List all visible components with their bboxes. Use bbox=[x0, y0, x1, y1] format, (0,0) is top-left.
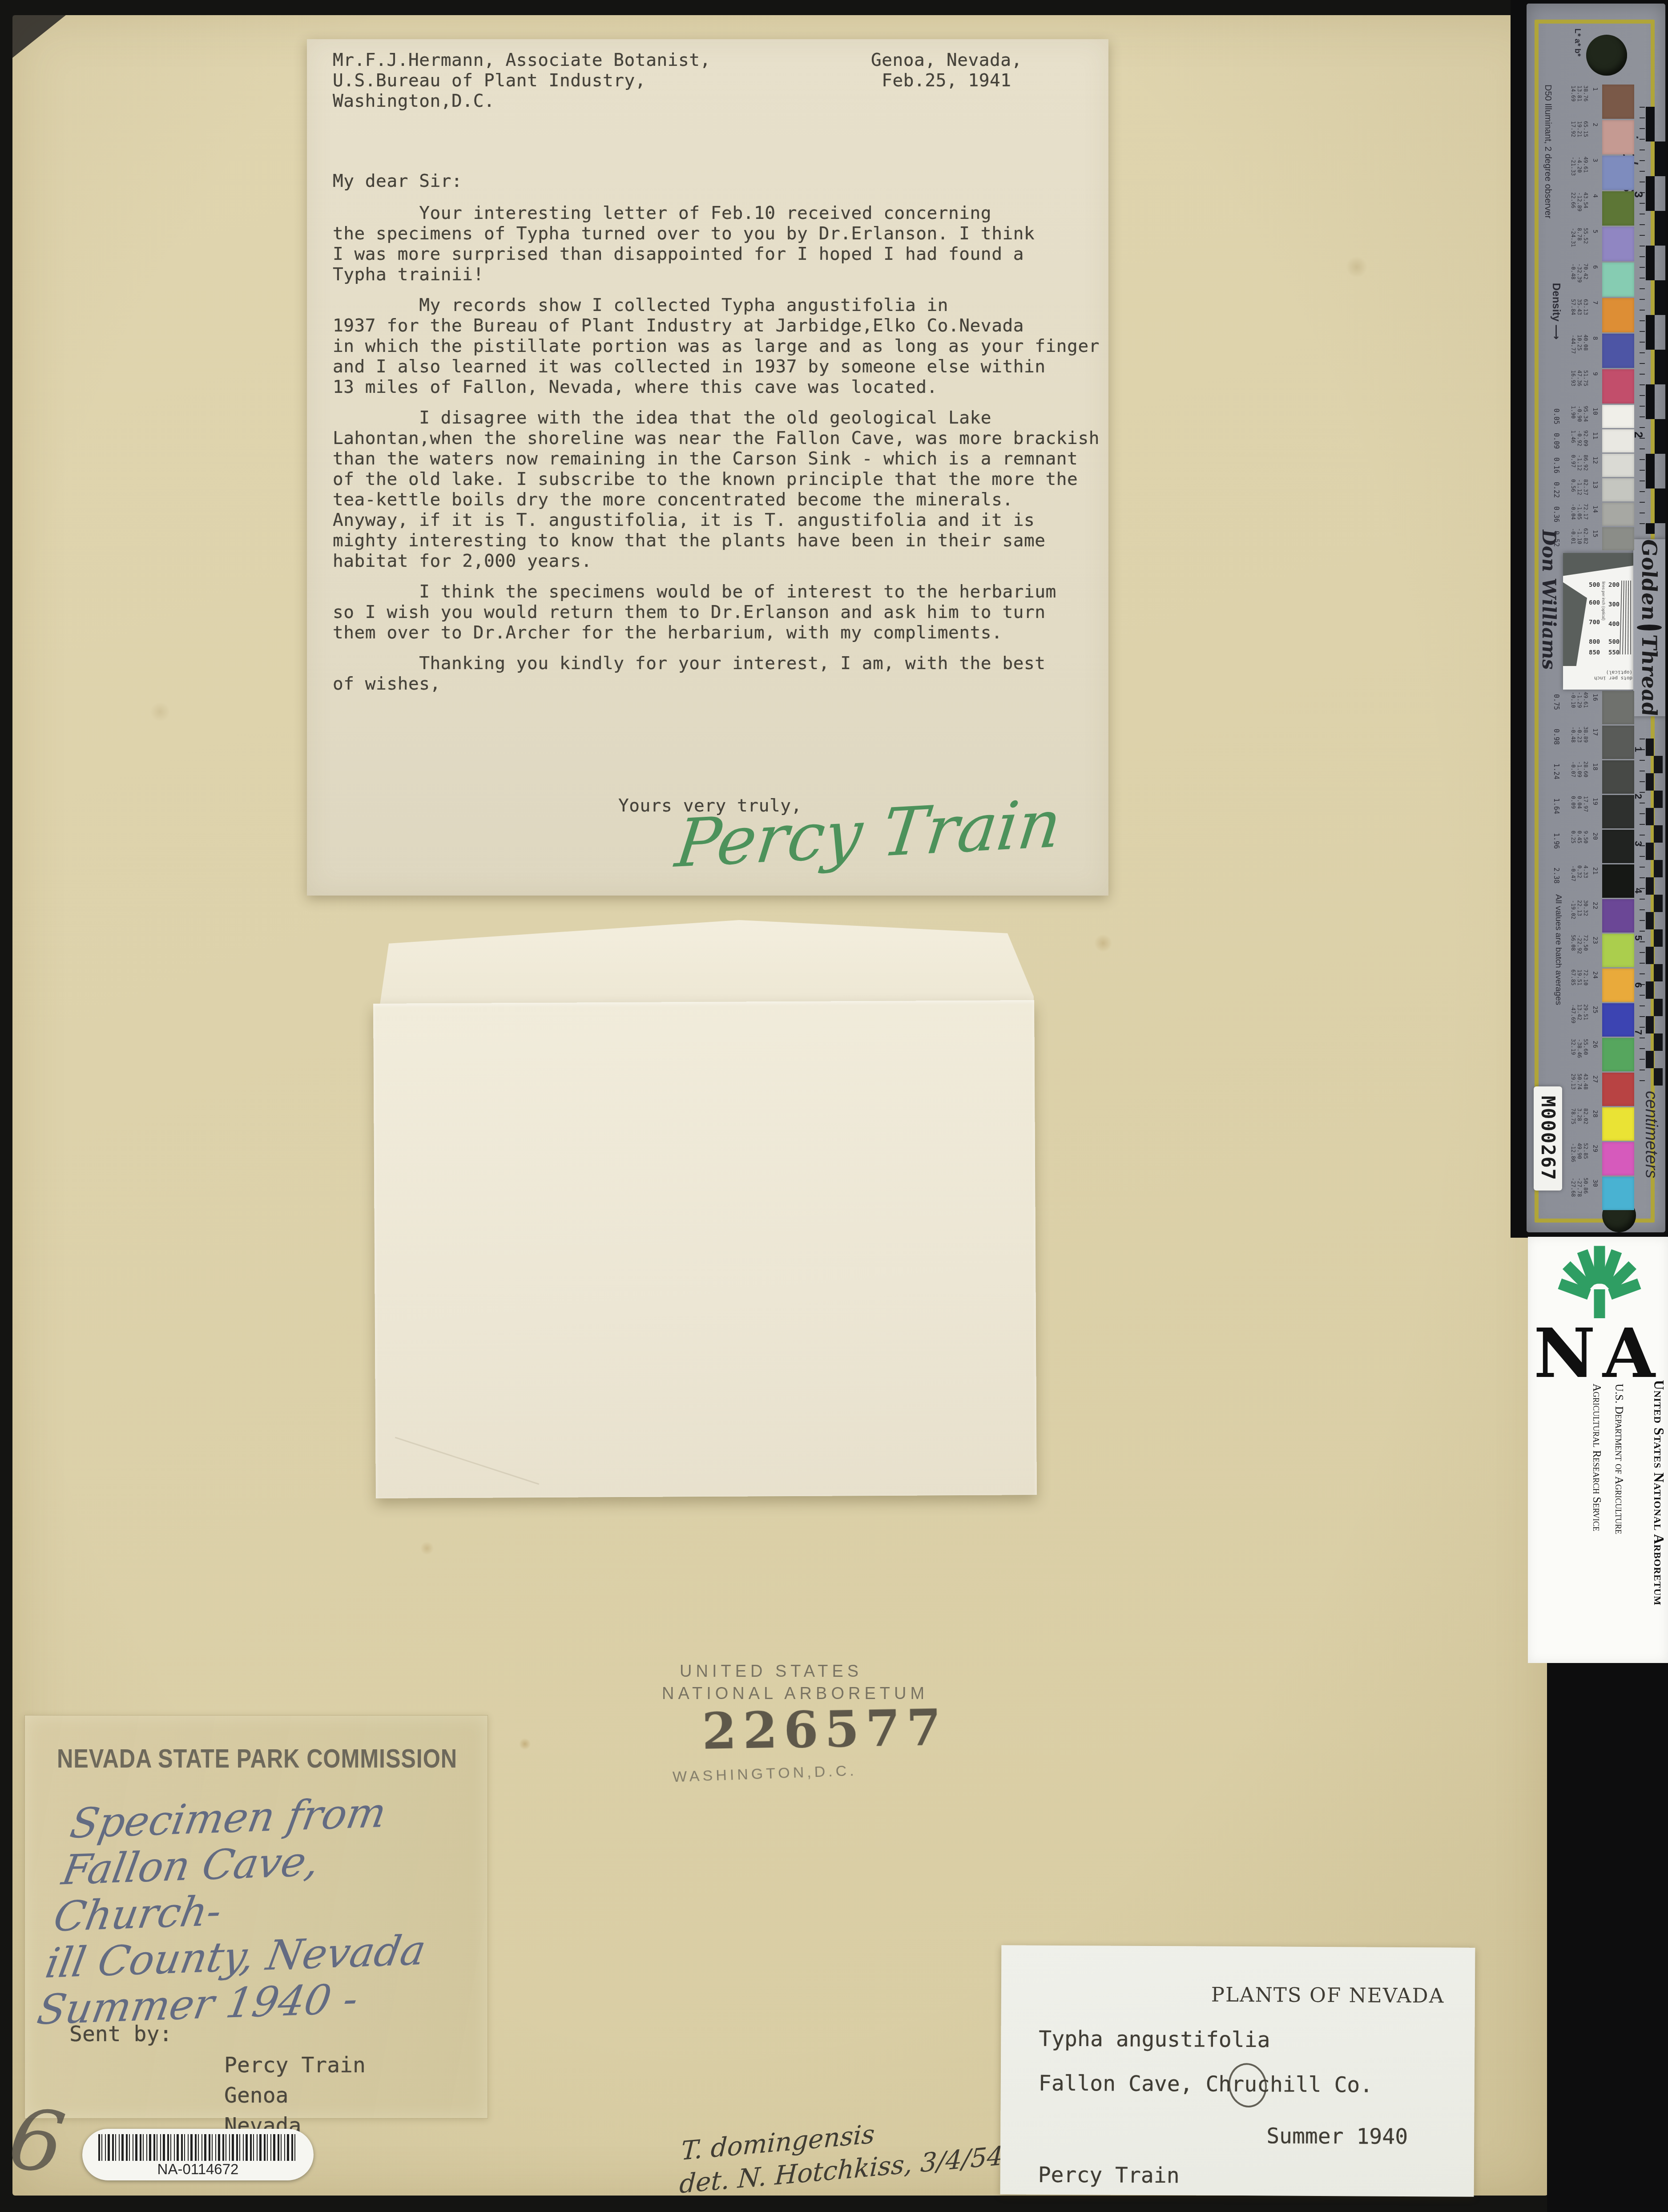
density-value: 1.96 bbox=[1552, 833, 1560, 849]
color-patch-10 bbox=[1602, 405, 1634, 428]
patch-number-25: 25 bbox=[1591, 1006, 1599, 1038]
density-value: 0.75 bbox=[1552, 694, 1560, 710]
color-patch-9 bbox=[1602, 369, 1634, 404]
lab-values-11: 92.09 -0.92 1.46 bbox=[1562, 430, 1589, 453]
arborvitae-tree-icon bbox=[1544, 1245, 1655, 1320]
density-scale-label: Density ⟶ bbox=[1550, 283, 1562, 340]
lab-values-3: 49.61 -4.20 -21.33 bbox=[1562, 157, 1589, 190]
cm-ruler-number: 1 bbox=[1632, 747, 1644, 752]
brand-word: Thread bbox=[1637, 634, 1661, 718]
scanned-herbarium-sheet: Mr.F.J.Hermann, Associate Botanist, U.S.… bbox=[0, 0, 1668, 2212]
patch-number-24: 24 bbox=[1591, 971, 1599, 1003]
inches-ruler-ticks bbox=[1640, 107, 1645, 534]
density-value: 1.24 bbox=[1552, 763, 1560, 779]
cm-ruler-number: 4 bbox=[1632, 888, 1644, 893]
inch-ruler-number: 2 bbox=[1632, 432, 1645, 438]
plants-label-locality: Fallon Cave, Chruchill Co. bbox=[1039, 2071, 1373, 2098]
color-patch-16 bbox=[1602, 691, 1634, 724]
barcode-number: NA-0114672 bbox=[82, 2161, 314, 2178]
letter-paragraph: I disagree with the idea that the old ge… bbox=[333, 408, 1103, 571]
letter-salutation: My dear Sir: bbox=[333, 171, 462, 191]
cm-ruler-number: 5 bbox=[1632, 935, 1644, 941]
lab-values-6: 70.42 -32.39 -0.48 bbox=[1562, 263, 1589, 297]
patch-number-4: 4 bbox=[1591, 194, 1599, 227]
plants-label-collector: Percy Train bbox=[1038, 2163, 1180, 2188]
letter-address: Mr.F.J.Hermann, Associate Botanist, U.S.… bbox=[333, 50, 711, 111]
lines-per-inch-label: lines per inch (optical) bbox=[1601, 581, 1606, 621]
arboretum-label: NA United States National Arboretum U.S.… bbox=[1528, 1237, 1668, 1663]
color-patch-13 bbox=[1602, 478, 1634, 501]
sent-by-label: Sent by: bbox=[69, 2022, 172, 2047]
color-patch-1 bbox=[1602, 85, 1634, 119]
lab-values-16: 49.61 -1.29 -0.10 bbox=[1562, 692, 1589, 725]
inch-ruler-number: 3 bbox=[1632, 191, 1645, 198]
density-value: 0.05 bbox=[1552, 408, 1560, 424]
patch-number-13: 13 bbox=[1591, 481, 1599, 503]
patch-number-21: 21 bbox=[1591, 867, 1599, 899]
lab-values-14: 72.17 -1.05 -0.04 bbox=[1562, 504, 1589, 526]
fiducial-circle-icon bbox=[1586, 35, 1627, 76]
lab-values-15: 62.82 -1.10 -0.01 bbox=[1562, 528, 1589, 551]
lab-values-26: 55.60 -38.46 32.19 bbox=[1562, 1039, 1589, 1072]
color-patch-5 bbox=[1602, 227, 1634, 261]
color-patch-29 bbox=[1602, 1142, 1634, 1175]
patch-number-3: 3 bbox=[1591, 158, 1599, 191]
typed-letter: Mr.F.J.Hermann, Associate Botanist, U.S.… bbox=[307, 39, 1108, 896]
inches-ruler bbox=[1655, 107, 1665, 534]
patch-number-17: 17 bbox=[1591, 728, 1599, 760]
color-patch-20 bbox=[1602, 830, 1634, 863]
color-patch-23 bbox=[1602, 934, 1634, 967]
density-value: 0.22 bbox=[1552, 482, 1560, 498]
park-commission-label: NEVADA STATE PARK COMMISSION Specimen fr… bbox=[24, 1715, 488, 2119]
resolution-number: 400 bbox=[1608, 621, 1620, 628]
resolution-target-band bbox=[1563, 553, 1634, 578]
patch-number-15: 15 bbox=[1591, 530, 1599, 552]
patch-number-2: 2 bbox=[1591, 123, 1599, 156]
resolution-number: 200 bbox=[1608, 581, 1620, 589]
color-patch-3 bbox=[1602, 156, 1634, 190]
patch-number-8: 8 bbox=[1591, 336, 1599, 369]
lab-values-9: 51.75 47.36 16.93 bbox=[1562, 370, 1589, 404]
patch-number-30: 30 bbox=[1591, 1179, 1599, 1211]
color-patch-28 bbox=[1602, 1107, 1634, 1141]
color-patch-7 bbox=[1602, 298, 1634, 332]
resolution-number: 800 bbox=[1589, 638, 1600, 646]
plants-label-title: PLANTS OF NEVADA bbox=[1211, 1983, 1445, 2008]
patch-number-18: 18 bbox=[1591, 763, 1599, 795]
illuminant-note: D50 Illuminant, 2 degree observer bbox=[1543, 85, 1553, 218]
color-patch-24 bbox=[1602, 969, 1634, 1002]
handwritten-correction-circle bbox=[1225, 2060, 1270, 2111]
arboretum-dept: U.S. Department of Agriculture bbox=[1612, 1384, 1625, 1534]
lab-values-23: 72.50 -22.92 56.08 bbox=[1562, 935, 1589, 968]
density-value: 0.52 bbox=[1552, 531, 1560, 547]
color-patch-18 bbox=[1602, 760, 1634, 794]
color-patch-2 bbox=[1602, 120, 1634, 154]
park-label-handwritten-note: Specimen from Fallon Cave, Church- ill C… bbox=[34, 1785, 508, 2034]
lab-values-24: 72.10 19.51 67.85 bbox=[1562, 969, 1589, 1002]
lab-values-1: 38.76 13.81 14.69 bbox=[1562, 85, 1589, 119]
resolution-number: 600 bbox=[1589, 599, 1600, 606]
patch-number-1: 1 bbox=[1591, 87, 1599, 120]
patch-number-10: 10 bbox=[1591, 408, 1599, 429]
density-value: 1.64 bbox=[1552, 798, 1560, 814]
color-patch-22 bbox=[1602, 899, 1634, 932]
color-patch-8 bbox=[1602, 334, 1634, 368]
color-patch-30 bbox=[1602, 1177, 1634, 1210]
resolution-target: 500600700800850 200300400500550 lines pe… bbox=[1563, 553, 1634, 690]
color-patch-11 bbox=[1602, 429, 1634, 452]
lab-values-27: 43.48 50.74 29.13 bbox=[1562, 1074, 1589, 1106]
color-patch-26 bbox=[1602, 1038, 1634, 1071]
park-commission-stamp: NEVADA STATE PARK COMMISSION bbox=[57, 1743, 457, 1774]
cm-ruler bbox=[1646, 739, 1654, 1086]
patch-number-12: 12 bbox=[1591, 456, 1599, 478]
letter-paragraph: Thanking you kindly for your interest, I… bbox=[333, 653, 1103, 694]
lab-values-17: 38.89 -0.23 -0.48 bbox=[1562, 727, 1589, 759]
arboretum-service: Agricultural Research Service bbox=[1590, 1384, 1603, 1531]
scanner-background-lower bbox=[1547, 1663, 1668, 2212]
color-patch-4 bbox=[1602, 191, 1634, 226]
color-patch-14 bbox=[1602, 503, 1634, 526]
letter-paragraph: My records show I collected Typha angust… bbox=[333, 295, 1103, 397]
operator-signature: Don Williams bbox=[1538, 529, 1560, 670]
resolution-number: 500 bbox=[1608, 638, 1620, 646]
color-patch-15 bbox=[1602, 527, 1634, 550]
centimeters-ruler-label: centimeters bbox=[1641, 1091, 1660, 1178]
letter-body: Your interesting letter of Feb.10 receiv… bbox=[333, 203, 1103, 704]
density-value: 0.16 bbox=[1552, 457, 1560, 473]
resolution-number: 500 bbox=[1589, 581, 1600, 589]
lab-values-7: 63.13 35.43 57.84 bbox=[1562, 299, 1589, 333]
dots-per-inch-label: dots per inch (optical) bbox=[1565, 670, 1632, 681]
patch-number-28: 28 bbox=[1591, 1110, 1599, 1142]
patch-number-16: 16 bbox=[1591, 694, 1599, 726]
barcode-label: NA-0114672 bbox=[82, 2129, 314, 2180]
hyperbolic-wedge-lines-icon bbox=[1619, 580, 1632, 655]
patch-number-14: 14 bbox=[1591, 505, 1599, 527]
cm-ruler-number: 2 bbox=[1632, 794, 1644, 799]
plants-label-species: Typha angustifolia bbox=[1039, 2026, 1270, 2053]
patch-number-6: 6 bbox=[1591, 265, 1599, 298]
color-patch-27 bbox=[1602, 1073, 1634, 1106]
resolution-target-wedge bbox=[1563, 579, 1587, 666]
patch-number-23: 23 bbox=[1591, 936, 1599, 969]
lab-values-5: 55.52 8.78 -24.31 bbox=[1562, 228, 1589, 262]
patch-number-9: 9 bbox=[1591, 372, 1599, 405]
resolution-number: 300 bbox=[1608, 601, 1620, 608]
letter-paragraph: Your interesting letter of Feb.10 receiv… bbox=[333, 203, 1103, 285]
arboretum-monogram: NA bbox=[1528, 1313, 1668, 1393]
golden-thread-label: Golden Thread bbox=[1633, 539, 1665, 716]
cm-ruler-number: 7 bbox=[1632, 1029, 1644, 1035]
patch-number-22: 22 bbox=[1591, 902, 1599, 934]
density-value: 0.09 bbox=[1552, 433, 1560, 449]
accession-stamp-org-line1: UNITED STATES bbox=[680, 1662, 862, 1681]
patch-number-20: 20 bbox=[1591, 832, 1599, 864]
density-value: 2.38 bbox=[1552, 868, 1560, 884]
arboretum-org-name: United States National Arboretum bbox=[1651, 1380, 1667, 1606]
patch-number-11: 11 bbox=[1591, 432, 1599, 454]
lab-values-13: 82.37 -1.12 0.56 bbox=[1562, 479, 1589, 502]
batch-averages-note: All values are batch averages bbox=[1553, 894, 1563, 1005]
color-patch-12 bbox=[1602, 454, 1634, 477]
lab-values-4: 43.54 -12.89 22.66 bbox=[1562, 192, 1589, 226]
patch-number-5: 5 bbox=[1591, 230, 1599, 262]
lab-value-headers: L* a* b* bbox=[1573, 28, 1582, 57]
color-patch-17 bbox=[1602, 726, 1634, 759]
lab-values-29: 52.85 49.90 -12.86 bbox=[1562, 1143, 1589, 1176]
inches-ruler bbox=[1646, 107, 1655, 534]
patch-number-26: 26 bbox=[1591, 1041, 1599, 1073]
color-patch-6 bbox=[1602, 262, 1634, 297]
color-patch-19 bbox=[1602, 795, 1634, 828]
resolution-number: 550 bbox=[1608, 649, 1620, 656]
plants-label-date: Summer 1940 bbox=[1266, 2123, 1408, 2149]
golden-thread-dot-icon bbox=[1637, 625, 1662, 630]
cm-ruler bbox=[1654, 739, 1663, 1086]
lab-values-28: 82.02 3.28 78.75 bbox=[1562, 1108, 1589, 1141]
patch-number-27: 27 bbox=[1591, 1075, 1599, 1107]
specimen-packet bbox=[373, 1000, 1037, 1498]
lab-values-10: 95.34 -0.90 1.90 bbox=[1562, 406, 1589, 428]
patch-number-29: 29 bbox=[1591, 1145, 1599, 1177]
strip-serial: M000267 bbox=[1537, 1096, 1559, 1181]
lab-values-30: 50.86 -27.78 -27.68 bbox=[1562, 1178, 1589, 1211]
resolution-number: 850 bbox=[1589, 649, 1600, 656]
lab-values-18: 28.60 -1.09 -0.07 bbox=[1562, 761, 1589, 794]
cm-ruler-number: 6 bbox=[1632, 982, 1644, 988]
brand-word: Golden bbox=[1637, 538, 1661, 622]
color-patch-21 bbox=[1602, 864, 1634, 898]
color-patch-25 bbox=[1602, 1003, 1634, 1037]
lab-values-12: 86.92 -1.12 0.97 bbox=[1562, 455, 1589, 477]
lab-values-22: 30.32 22.13 -19.02 bbox=[1562, 900, 1589, 933]
sender-name-address: Percy Train Genoa Nevada bbox=[224, 2050, 366, 2141]
lab-values-2: 65.15 19.21 17.92 bbox=[1562, 121, 1589, 155]
density-value: 0.36 bbox=[1552, 506, 1560, 522]
strip-serial-label: M000267 bbox=[1534, 1086, 1562, 1191]
patch-number-7: 7 bbox=[1591, 301, 1599, 334]
lab-values-25: 29.51 13.42 -47.69 bbox=[1562, 1004, 1589, 1037]
cm-ruler-number: 3 bbox=[1632, 841, 1644, 846]
lab-values-20: 9.50 0.45 0.25 bbox=[1562, 831, 1589, 864]
letter-paragraph: I think the specimens would be of intere… bbox=[333, 581, 1103, 643]
letter-dateline: Genoa, Nevada, Feb.25, 1941 bbox=[871, 50, 1022, 91]
resolution-number: 700 bbox=[1589, 619, 1600, 626]
barcode-icon bbox=[98, 2134, 298, 2161]
lab-values-19: 17.97 0.04 0.09 bbox=[1562, 796, 1589, 829]
accession-number: 226577 bbox=[701, 1698, 948, 1761]
lab-values-8: 40.08 10.25 -44.77 bbox=[1562, 335, 1589, 368]
patch-number-19: 19 bbox=[1591, 798, 1599, 830]
plants-of-nevada-label: PLANTS OF NEVADA Typha angustifolia Fall… bbox=[1000, 1945, 1475, 2197]
density-value: 0.98 bbox=[1552, 729, 1560, 745]
lab-values-21: 4.33 0.32 -0.47 bbox=[1562, 865, 1589, 898]
